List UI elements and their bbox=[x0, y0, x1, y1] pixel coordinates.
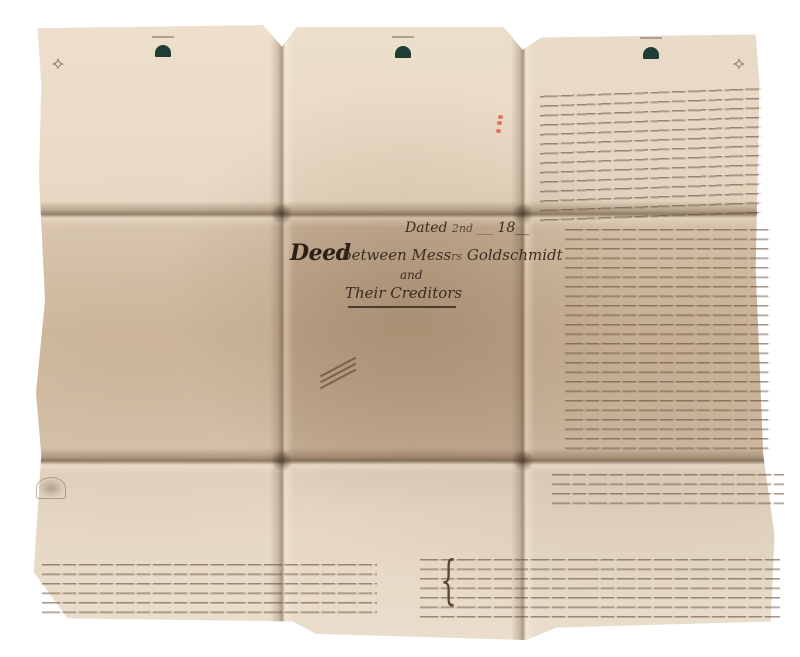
panel-middle-left bbox=[30, 214, 282, 461]
vertical-fold-left bbox=[270, 22, 294, 640]
embossed-stamp-icon bbox=[36, 477, 66, 499]
party-one: Goldschmidt bbox=[467, 246, 563, 264]
handwritten-text-block bbox=[565, 225, 770, 455]
fold-crease-knot bbox=[512, 450, 534, 472]
seal-icon bbox=[643, 47, 659, 59]
handwritten-text-block bbox=[42, 560, 377, 618]
seal-mark-line bbox=[640, 37, 662, 39]
between-suffix: rs bbox=[451, 250, 462, 263]
deed-endorsement: Dated 2nd ___ 18__ Deed between Messrs G… bbox=[290, 218, 540, 318]
handwritten-text-block bbox=[580, 555, 780, 620]
flourish-icon: ⟡ bbox=[52, 55, 64, 73]
dated-year: 18__ bbox=[497, 220, 529, 236]
fold-crease-knot bbox=[271, 450, 293, 472]
dated-value: 2nd ___ bbox=[452, 222, 493, 235]
between-text: between Mess bbox=[342, 246, 451, 264]
party-two: Their Creditors bbox=[345, 284, 462, 302]
vertical-fold-right bbox=[511, 22, 535, 640]
red-ink-mark bbox=[496, 129, 501, 133]
seal-icon bbox=[155, 45, 171, 57]
seal-mark-line bbox=[392, 36, 414, 38]
and-text: and bbox=[400, 268, 423, 282]
seal-icon bbox=[395, 46, 411, 58]
between-line: between Messrs Goldschmidt bbox=[342, 246, 563, 264]
handwritten-text-block bbox=[540, 84, 762, 222]
handwritten-text-block bbox=[552, 470, 784, 505]
red-ink-mark bbox=[498, 115, 503, 119]
dated-line: Dated 2nd ___ 18__ bbox=[405, 220, 529, 236]
brace-mark: { bbox=[440, 555, 457, 607]
endorsement-underline bbox=[348, 306, 456, 308]
red-ink-mark bbox=[497, 121, 502, 125]
document-photo: ⟡ ⟡ { Dated 2nd ___ 18__ Deed between Me… bbox=[0, 0, 800, 657]
dated-label: Dated bbox=[405, 220, 447, 236]
seal-mark-line bbox=[152, 36, 174, 38]
pencil-marks bbox=[318, 362, 358, 384]
flourish-icon: ⟡ bbox=[733, 55, 745, 73]
